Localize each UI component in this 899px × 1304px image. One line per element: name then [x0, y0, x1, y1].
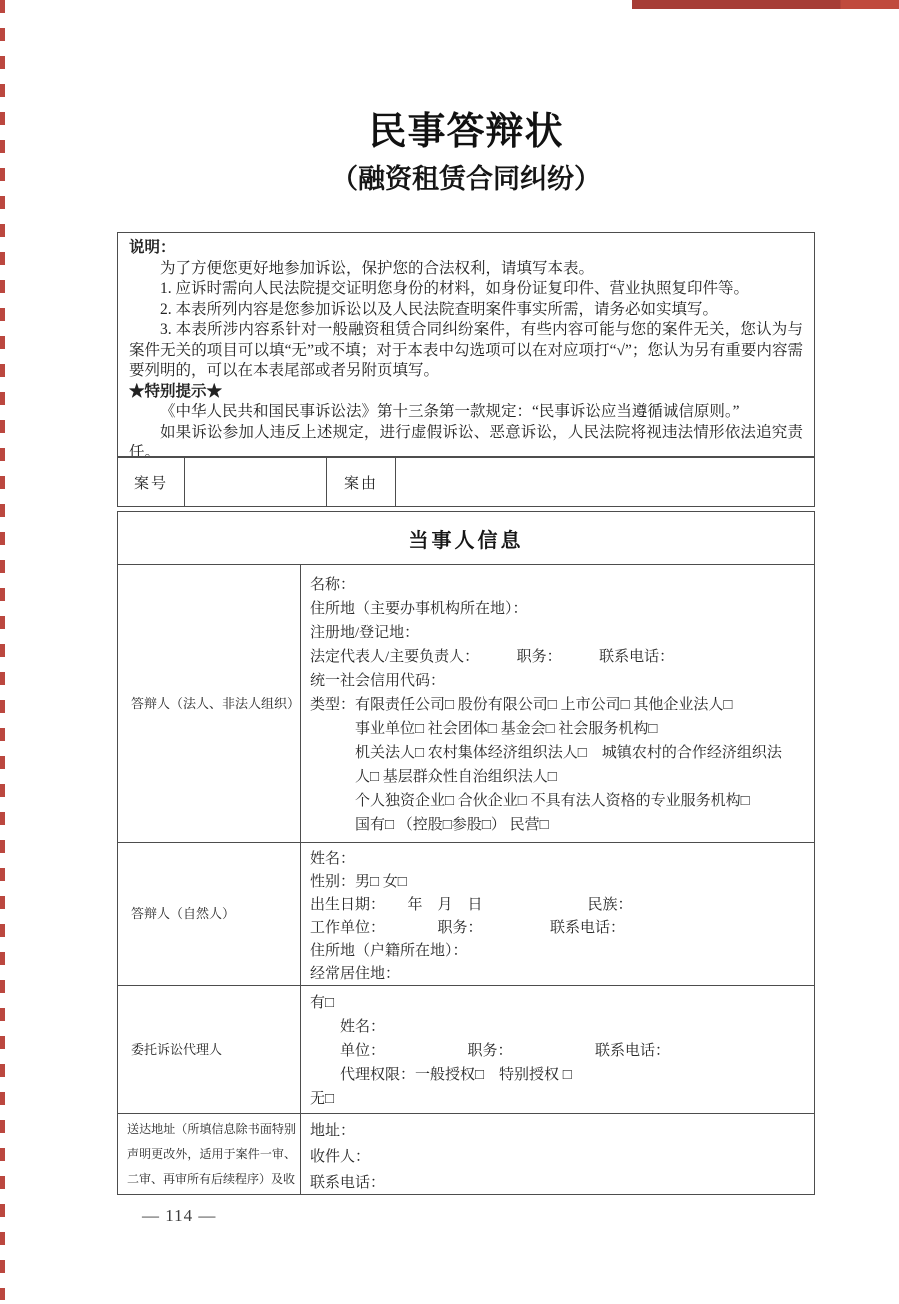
- service-address-fields[interactable]: 地址： 收件人： 联系电话：: [301, 1114, 814, 1194]
- notice-paragraph: 3. 本表所涉内容系针对一般融资租赁合同纠纷案件，有些内容可能与您的案件无关，您…: [129, 320, 803, 382]
- row-label-service-address: 送达地址（所填信息除书面特别声明更改外，适用于案件一审、二审、再审所有后续程序）…: [118, 1114, 301, 1194]
- form-line-agent-no: 无□: [310, 1087, 810, 1111]
- special-notice-paragraph: 《中华人民共和国民事诉讼法》第十三条第一款规定：“民事诉讼应当遵循诚信原则。”: [129, 402, 803, 423]
- cause-of-action-label: 案由: [327, 458, 396, 506]
- case-number-value-cell[interactable]: [185, 458, 327, 506]
- form-line-registered-address: 注册地/登记地：: [310, 621, 810, 645]
- notice-paragraph: 2. 本表所列内容是您参加诉讼以及人民法院查明案件事实所需，请务必如实填写。: [129, 300, 803, 321]
- special-notice-paragraph: 如果诉讼参加人违反上述规定，进行虚假诉讼、恶意诉讼，人民法院将视违法情形依法追究…: [129, 423, 803, 458]
- party-info-header: 当事人信息: [118, 512, 814, 564]
- case-number-label: 案号: [118, 458, 185, 506]
- agent-fields[interactable]: 有□ 姓名： 单位： 职务： 联系电话： 代理权限：一般授权□ 特别授权 □ 无…: [301, 986, 814, 1113]
- doc-title: 民事答辩状: [117, 100, 815, 155]
- service-address-row: 送达地址（所填信息除书面特别声明更改外，适用于案件一审、二审、再审所有后续程序）…: [118, 1113, 814, 1194]
- form-line-agent-org: 单位： 职务： 联系电话：: [310, 1039, 810, 1063]
- party-info-table: 当事人信息 答辩人（法人、非法人组织） 名称： 住所地（主要办事机构所在地）： …: [117, 511, 815, 1195]
- form-line-agent-name: 姓名：: [310, 1015, 810, 1039]
- form-line-person-name: 姓名：: [310, 848, 810, 871]
- form-line-org-type-6: 国有□ （控股□参股□） 民营□: [310, 813, 810, 837]
- form-line-org-type-3: 机关法人□ 农村集体经济组织法人□ 城镇农村的合作经济组织法: [310, 741, 810, 765]
- respondent-org-fields[interactable]: 名称： 住所地（主要办事机构所在地）： 注册地/登记地： 法定代表人/主要负责人…: [301, 565, 814, 842]
- scan-artifact-top-right: [632, 0, 899, 9]
- form-line-agent-yes: 有□: [310, 991, 810, 1015]
- scan-artifact-left-edge: [0, 0, 5, 1300]
- page-number: — 114 —: [142, 1206, 216, 1226]
- form-line-birthdate: 出生日期： 年 月 日 民族：: [310, 894, 810, 917]
- form-line-employer: 工作单位： 职务： 联系电话：: [310, 917, 810, 940]
- form-line-recipient: 收件人：: [310, 1144, 810, 1170]
- form-line-gender: 性别：男□ 女□: [310, 871, 810, 894]
- row-label-respondent-person: 答辩人（自然人）: [118, 843, 301, 985]
- row-label-respondent-org: 答辩人（法人、非法人组织）: [118, 565, 301, 842]
- scanned-form-page: 民事答辩状 （融资租赁合同纠纷） 说明： 为了方便您更好地参加诉讼，保护您的合法…: [0, 0, 899, 1304]
- case-header-row: 案号 案由: [117, 457, 815, 507]
- form-line-phone: 联系电话：: [310, 1170, 810, 1196]
- form-line-org-type-4: 人□ 基层群众性自治组织法人□: [310, 765, 810, 789]
- form-line-domicile: 住所地（主要办事机构所在地）：: [310, 597, 810, 621]
- form-line-legal-rep: 法定代表人/主要负责人： 职务： 联系电话：: [310, 645, 810, 669]
- form-line-org-type-1: 类型：有限责任公司□ 股份有限公司□ 上市公司□ 其他企业法人□: [310, 693, 810, 717]
- notice-heading: 说明：: [129, 238, 803, 259]
- notice-paragraph: 为了方便您更好地参加诉讼，保护您的合法权利，请填写本表。: [129, 259, 803, 280]
- form-line-agent-authority: 代理权限：一般授权□ 特别授权 □: [310, 1063, 810, 1087]
- form-line-org-type-5: 个人独资企业□ 合伙企业□ 不具有法人资格的专业服务机构□: [310, 789, 810, 813]
- respondent-person-fields[interactable]: 姓名： 性别：男□ 女□ 出生日期： 年 月 日 民族： 工作单位： 职务： 联…: [301, 843, 814, 985]
- agent-row: 委托诉讼代理人 有□ 姓名： 单位： 职务： 联系电话： 代理权限：一般授权□ …: [118, 985, 814, 1113]
- form-line-address: 地址：: [310, 1118, 810, 1144]
- form-line-habitual-residence: 经常居住地：: [310, 963, 810, 986]
- special-notice-heading: ★特别提示★: [129, 382, 803, 403]
- form-line-name: 名称：: [310, 573, 810, 597]
- notice-paragraph: 1. 应诉时需向人民法院提交证明您身份的材料，如身份证复印件、营业执照复印件等。: [129, 279, 803, 300]
- form-line-household-address: 住所地（户籍所在地）：: [310, 940, 810, 963]
- doc-subtitle: （融资租赁合同纠纷）: [117, 157, 815, 196]
- respondent-person-row: 答辩人（自然人） 姓名： 性别：男□ 女□ 出生日期： 年 月 日 民族： 工作…: [118, 842, 814, 985]
- form-line-org-type-2: 事业单位□ 社会团体□ 基金会□ 社会服务机构□: [310, 717, 810, 741]
- cause-of-action-value-cell[interactable]: [396, 458, 814, 506]
- notice-box: 说明： 为了方便您更好地参加诉讼，保护您的合法权利，请填写本表。 1. 应诉时需…: [117, 232, 815, 457]
- respondent-org-row: 答辩人（法人、非法人组织） 名称： 住所地（主要办事机构所在地）： 注册地/登记…: [118, 564, 814, 842]
- form-line-credit-code: 统一社会信用代码：: [310, 669, 810, 693]
- row-label-agent: 委托诉讼代理人: [118, 986, 301, 1113]
